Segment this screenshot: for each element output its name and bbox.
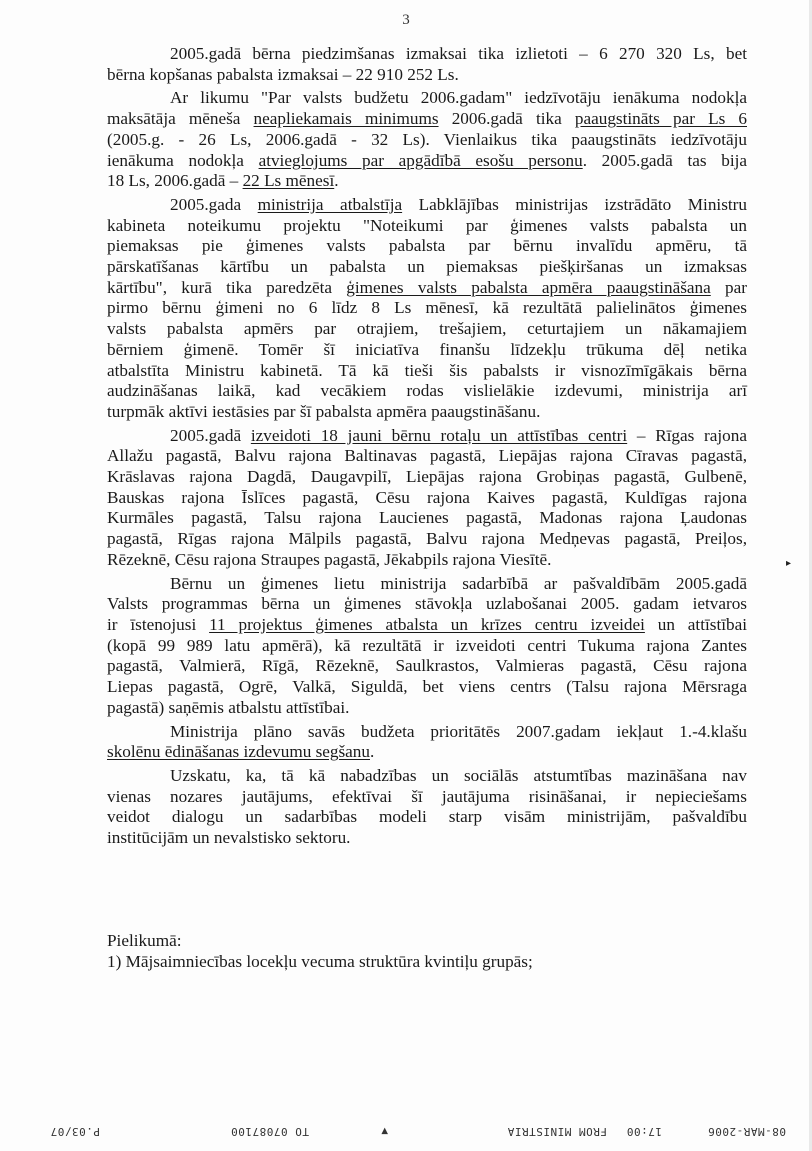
text-line: pagastā, Rīgas rajona Mālpils pagastā, B…: [107, 529, 747, 550]
paragraph: Bērnu un ģimenes lietu ministrija sadarb…: [107, 574, 747, 719]
underlined-phrase: 11 projektus ģimenes atbalsta un krīzes …: [209, 615, 645, 634]
text-line: piemaksas pie ģimenes valsts pabalsta pa…: [107, 236, 747, 257]
text-line: institūcijām un nevalstisko sektoru.: [107, 828, 747, 849]
text-line: audzināšanas laikā, kad vecākiem rodas v…: [107, 381, 747, 402]
fax-arrow-icon: ▼: [381, 1125, 388, 1138]
underlined-phrase: izveidoti 18 jauni bērnu rotaļu un attīs…: [251, 426, 627, 445]
text-line: (2005.g. - 26 Ls, 2006.gadā - 32 Ls). Vi…: [107, 130, 747, 151]
paragraph: Uzskatu, ka, tā kā nabadzības un sociālā…: [107, 766, 747, 849]
underlined-phrase: 22 Ls mēnesī: [243, 171, 335, 190]
text-line: turpmāk aktīvi iestāsies par šī pabalsta…: [107, 402, 747, 423]
fax-date: 08-MAR-2006: [708, 1125, 786, 1138]
page-number: 3: [0, 12, 812, 29]
text-line: Bauskas rajona Īslīces pagastā, Cēsu raj…: [107, 488, 747, 509]
text-line: Allažu pagastā, Balvu rajona Baltinavas …: [107, 446, 747, 467]
fax-to: TO 07087100: [231, 1125, 309, 1138]
text-line: pirmo bērnu ģimeni no 6 līdz 8 Ls mēnesī…: [107, 298, 747, 319]
text-line: kārtību", kurā tika paredzēta ģimenes va…: [107, 278, 747, 299]
text-line: ir īstenojusi 11 projektus ģimenes atbal…: [107, 615, 747, 636]
text-line: vienas nozares jautājums, efektīvai šī j…: [107, 787, 747, 808]
text-line: Ministrija plāno savās budžeta prioritāt…: [107, 722, 747, 743]
text-line: pagastā) saņēmis atbalstu attīstībai.: [107, 698, 747, 719]
text-line: Valsts programmas bērna un ģimenes stāvo…: [107, 594, 747, 615]
attachments-section: Pielikumā: 1) Mājsaimniecības locekļu ve…: [107, 930, 533, 972]
underlined-phrase: ģimenes valsts pabalsta apmēra paaugstin…: [346, 278, 710, 297]
paragraph: 2005.gada ministrija atbalstīja Labklājī…: [107, 195, 747, 423]
underlined-phrase: atvieglojums par apgādībā esošu personu: [259, 151, 583, 170]
text-line: atbalstīta Ministru kabinetā. Tā kā tieš…: [107, 361, 747, 382]
text-line: Rēzeknē, Cēsu rajona Straupes pagastā, J…: [107, 550, 747, 571]
text-line: Bērnu un ģimenes lietu ministrija sadarb…: [107, 574, 747, 595]
document-body: 2005.gadā bērna piedzimšanas izmaksai ti…: [107, 44, 747, 852]
underlined-phrase: ministrija atbalstīja: [258, 195, 402, 214]
text-line: bērniem ģimenē. Tomēr šī iniciatīva fina…: [107, 340, 747, 361]
underlined-phrase: skolēnu ēdināšanas izdevumu segšanu: [107, 742, 370, 761]
text-line: bērna kopšanas pabalsta izmaksai – 22 91…: [107, 65, 747, 86]
attachment-item: 1) Mājsaimniecības locekļu vecuma strukt…: [107, 951, 533, 972]
paragraph: 2005.gadā bērna piedzimšanas izmaksai ti…: [107, 44, 747, 85]
text-line: Uzskatu, ka, tā kā nabadzības un sociālā…: [107, 766, 747, 787]
text-line: skolēnu ēdināšanas izdevumu segšanu.: [107, 742, 747, 763]
paragraph: 2005.gadā izveidoti 18 jauni bērnu rotaļ…: [107, 426, 747, 571]
text-line: Kurmāles pagastā, Talsu rajona Laucienes…: [107, 508, 747, 529]
fax-transmission-header: 08-MAR-2006 17:00 FROM MINISTRIA ▼ TO 07…: [0, 1118, 812, 1144]
text-line: valsts pabalsta apmērs par otrajiem, tre…: [107, 319, 747, 340]
text-line: Liepas pagastā, Ogrē, Valkā, Siguldā, be…: [107, 677, 747, 698]
underlined-phrase: paaugstināts par Ls 6: [575, 109, 747, 128]
fax-page-count: P.03/07: [50, 1125, 100, 1138]
text-line: (kopā 99 989 latu apmērā), kā rezultātā …: [107, 636, 747, 657]
underlined-phrase: neapliekamais minimums: [254, 109, 439, 128]
fax-time: 17:00: [626, 1125, 662, 1138]
text-line: ienākuma nodokļa atvieglojums par apgādī…: [107, 151, 747, 172]
text-line: pārskatīšanas kārtību un pabalsta un pie…: [107, 257, 747, 278]
text-line: kabineta noteikumu projektu "Noteikumi p…: [107, 216, 747, 237]
text-line: Krāslavas rajona Dagdā, Daugavpilī, Liep…: [107, 467, 747, 488]
margin-arrow-icon: ▸: [786, 558, 791, 569]
text-line: pagastā, Valmierā, Rīgā, Rēzeknē, Saulkr…: [107, 656, 747, 677]
text-line: 2005.gadā bērna piedzimšanas izmaksai ti…: [107, 44, 747, 65]
paragraph: Ministrija plāno savās budžeta prioritāt…: [107, 722, 747, 763]
text-line: 2005.gada ministrija atbalstīja Labklājī…: [107, 195, 747, 216]
text-line: 18 Ls, 2006.gadā – 22 Ls mēnesī.: [107, 171, 747, 192]
paragraph: Ar likumu "Par valsts budžetu 2006.gadam…: [107, 88, 747, 192]
attachments-heading: Pielikumā:: [107, 930, 533, 951]
text-line: maksātāja mēneša neapliekamais minimums …: [107, 109, 747, 130]
text-line: 2005.gadā izveidoti 18 jauni bērnu rotaļ…: [107, 426, 747, 447]
text-line: veidot dialogu un sadarbības modeli star…: [107, 807, 747, 828]
fax-from: FROM MINISTRIA: [507, 1125, 607, 1138]
text-line: Ar likumu "Par valsts budžetu 2006.gadam…: [107, 88, 747, 109]
